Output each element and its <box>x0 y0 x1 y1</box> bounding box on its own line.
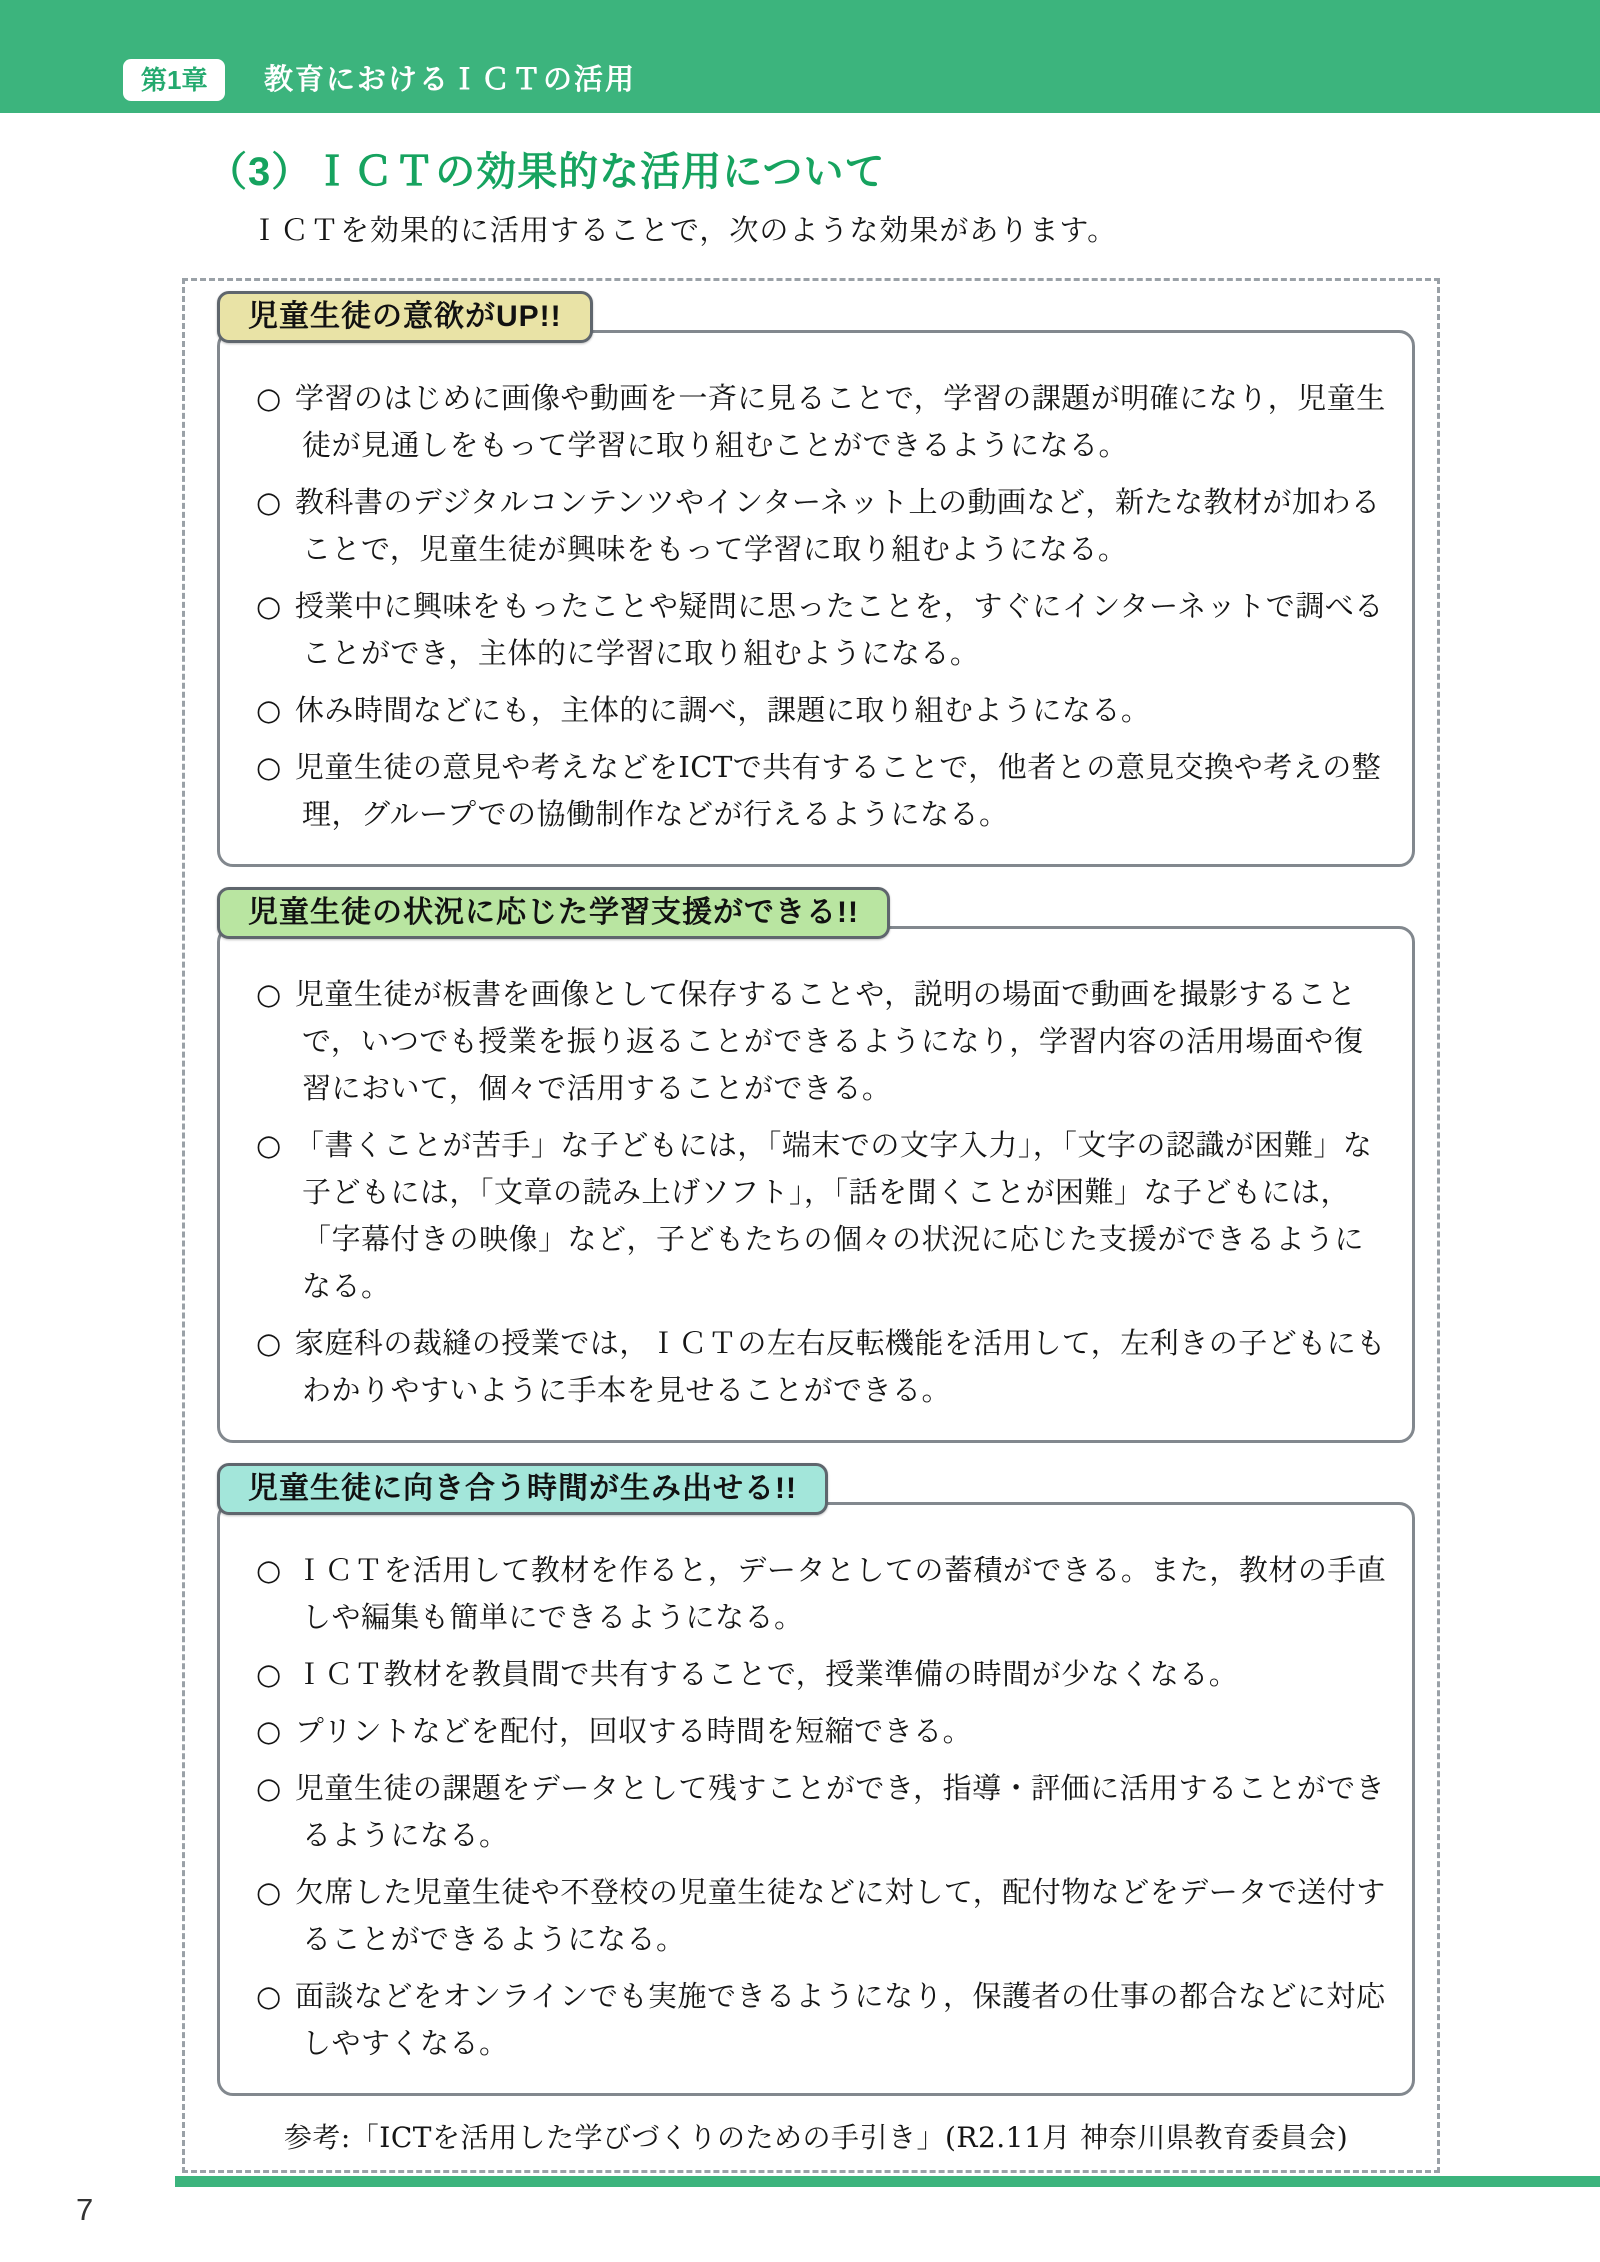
circle-bullet-marker: ○ <box>256 977 282 1011</box>
section-label: 児童生徒に向き合う時間が生み出せる!! <box>217 1463 828 1515</box>
list-item-text: 教科書のデジタルコンテンツやインターネット上の動画など，新たな教材が加わることで… <box>295 485 1381 566</box>
chapter-title: 教育におけるＩＣＴの活用 <box>264 59 636 101</box>
circle-bullet-marker: ○ <box>256 750 282 784</box>
list-item-text: 児童生徒の課題をデータとして残すことができ，指導・評価に活用することができるよう… <box>295 1771 1385 1852</box>
section-label: 児童生徒の意欲がUP!! <box>217 291 593 343</box>
list-item-text: 休み時間などにも，主体的に調べ，課題に取り組むようになる。 <box>295 693 1151 727</box>
circle-bullet-marker: ○ <box>256 1771 282 1805</box>
circle-bullet-marker: ○ <box>256 1657 282 1691</box>
chapter-header-bar: 第1章 教育におけるＩＣＴの活用 <box>0 0 1600 113</box>
list-item: ○面談などをオンラインでも実施できるようになり，保護者の仕事の都合などに対応しや… <box>256 1973 1388 2067</box>
section-box: ○学習のはじめに画像や動画を一斉に見ることで，学習の課題が明確になり，児童生徒が… <box>217 330 1415 867</box>
list-item: ○児童生徒が板書を画像として保存することや，説明の場面で動画を撮影することで，い… <box>256 971 1388 1112</box>
list-item: ○ＩＣＴを活用して教材を作ると，データとしての蓄積ができる。また，教材の手直しや… <box>256 1547 1388 1641</box>
circle-bullet-marker: ○ <box>256 1128 282 1162</box>
list-item-text: ＩＣＴ教材を教員間で共有することで，授業準備の時間が少なくなる。 <box>295 1657 1238 1691</box>
list-item: ○休み時間などにも，主体的に調べ，課題に取り組むようになる。 <box>256 687 1388 734</box>
circle-bullet-marker: ○ <box>256 1553 282 1587</box>
circle-bullet-marker: ○ <box>256 1714 282 1748</box>
effects-panel: 児童生徒の意欲がUP!! ○学習のはじめに画像や動画を一斉に見ることで，学習の課… <box>182 278 1440 2173</box>
list-item-text: 児童生徒の意見や考えなどをICTで共有することで，他者との意見交換や考えの整理，… <box>295 750 1381 831</box>
section-individual-support: 児童生徒の状況に応じた学習支援ができる!! ○児童生徒が板書を画像として保存する… <box>217 887 1415 1443</box>
list-item-text: 面談などをオンラインでも実施できるようになり，保護者の仕事の都合などに対応しやす… <box>295 1979 1386 2060</box>
circle-bullet-marker: ○ <box>256 589 282 623</box>
section-box: ○児童生徒が板書を画像として保存することや，説明の場面で動画を撮影することで，い… <box>217 926 1415 1443</box>
list-item-text: ＩＣＴを活用して教材を作ると，データとしての蓄積ができる。また，教材の手直しや編… <box>295 1553 1387 1634</box>
list-item: ○教科書のデジタルコンテンツやインターネット上の動画など，新たな教材が加わること… <box>256 479 1388 573</box>
section-time-for-students: 児童生徒に向き合う時間が生み出せる!! ○ＩＣＴを活用して教材を作ると，データと… <box>217 1463 1415 2096</box>
section-motivation-up: 児童生徒の意欲がUP!! ○学習のはじめに画像や動画を一斉に見ることで，学習の課… <box>217 291 1415 867</box>
circle-bullet-marker: ○ <box>256 1326 282 1360</box>
circle-bullet-marker: ○ <box>256 485 282 519</box>
reference-note: 参考:「ICTを活用した学びづくりのための手引き」(R2.11月 神奈川県教育委… <box>217 2116 1415 2156</box>
list-item: ○児童生徒の意見や考えなどをICTで共有することで，他者との意見交換や考えの整理… <box>256 744 1388 838</box>
list-item: ○児童生徒の課題をデータとして残すことができ，指導・評価に活用することができるよ… <box>256 1765 1388 1859</box>
list-item: ○欠席した児童生徒や不登校の児童生徒などに対して，配付物などをデータで送付するこ… <box>256 1869 1388 1963</box>
section-box: ○ＩＣＴを活用して教材を作ると，データとしての蓄積ができる。また，教材の手直しや… <box>217 1502 1415 2096</box>
list-item: ○「書くことが苦手」な子どもには，「端末での文字入力」，「文字の認識が困難」な子… <box>256 1122 1388 1310</box>
circle-bullet-marker: ○ <box>256 381 282 415</box>
intro-text: ＩＣＴを効果的に活用することで，次のような効果があります。 <box>250 208 1117 249</box>
list-item: ○ＩＣＴ教材を教員間で共有することで，授業準備の時間が少なくなる。 <box>256 1651 1388 1698</box>
circle-bullet-marker: ○ <box>256 1875 282 1909</box>
list-item-text: 学習のはじめに画像や動画を一斉に見ることで，学習の課題が明確になり，児童生徒が見… <box>295 381 1386 462</box>
page-heading: （3）ＩＣＴの効果的な活用について <box>207 140 885 197</box>
list-item-text: プリントなどを配付，回収する時間を短縮できる。 <box>295 1714 972 1748</box>
list-item-text: 児童生徒が板書を画像として保存することや，説明の場面で動画を撮影することで，いつ… <box>295 977 1364 1105</box>
list-item: ○授業中に興味をもったことや疑問に思ったことを，すぐにインターネットで調べること… <box>256 583 1388 677</box>
list-item: ○家庭科の裁縫の授業では，ＩＣＴの左右反転機能を活用して，左利きの子どもにもわか… <box>256 1320 1388 1414</box>
list-item-text: 家庭科の裁縫の授業では，ＩＣＴの左右反転機能を活用して，左利きの子どもにもわかり… <box>295 1326 1386 1407</box>
circle-bullet-marker: ○ <box>256 1979 282 2013</box>
list-item: ○プリントなどを配付，回収する時間を短縮できる。 <box>256 1708 1388 1755</box>
list-item-text: 欠席した児童生徒や不登校の児童生徒などに対して，配付物などをデータで送付すること… <box>295 1875 1386 1956</box>
list-item: ○学習のはじめに画像や動画を一斉に見ることで，学習の課題が明確になり，児童生徒が… <box>256 375 1388 469</box>
list-item-text: 「書くことが苦手」な子どもには，「端末での文字入力」，「文字の認識が困難」な子ど… <box>295 1128 1373 1303</box>
circle-bullet-marker: ○ <box>256 693 282 727</box>
footer-accent-bar <box>175 2176 1600 2187</box>
section-label: 児童生徒の状況に応じた学習支援ができる!! <box>217 887 890 939</box>
page-number: 7 <box>76 2192 93 2228</box>
list-item-text: 授業中に興味をもったことや疑問に思ったことを，すぐにインターネットで調べることが… <box>295 589 1384 670</box>
chapter-badge: 第1章 <box>123 59 225 101</box>
